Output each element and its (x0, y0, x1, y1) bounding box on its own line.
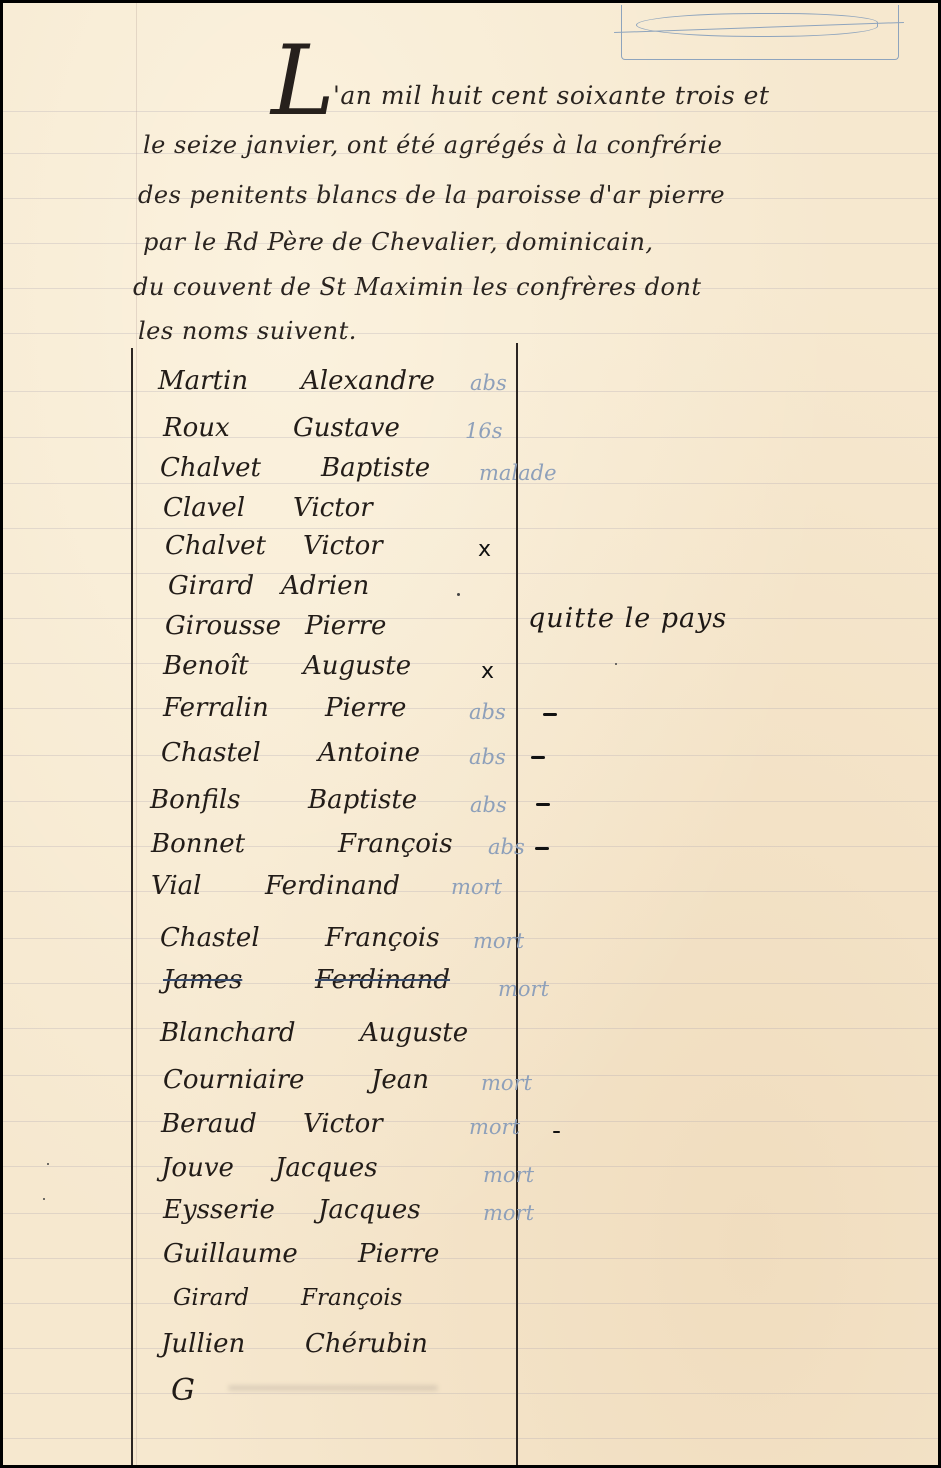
ink-dash-mark (553, 1131, 560, 1133)
surname: Blanchard (160, 1018, 296, 1048)
pencil-sketch-box (621, 5, 899, 60)
pencil-note: mort (498, 977, 549, 1001)
pencil-note: mort (451, 875, 502, 899)
surname: Chalvet (160, 453, 261, 483)
register-row: Eysserie Jacques mort (3, 1195, 938, 1245)
register-row: Vial Ferdinand mort (3, 871, 938, 921)
header-line-6: les noms suivent. (138, 317, 357, 345)
register-row: Courniaire Jean mort (3, 1065, 938, 1115)
surname: Ferralin (163, 693, 269, 723)
pencil-note: mort (473, 929, 524, 953)
pencil-note: mort (483, 1163, 534, 1187)
header-line-5: du couvent de St Maximin les confrères d… (133, 273, 702, 301)
given-name: Antoine (318, 738, 420, 768)
surname: Guillaume (163, 1239, 298, 1269)
pencil-note: abs (488, 835, 525, 859)
pencil-note: abs (470, 793, 507, 817)
register-row: Girard François (3, 1285, 938, 1335)
ink-dash-mark (531, 756, 545, 759)
given-name: François (338, 829, 453, 859)
given-name: Pierre (358, 1239, 439, 1269)
pencil-note: mort (483, 1201, 534, 1225)
surname: G (171, 1373, 195, 1408)
surname-struck: James (163, 965, 242, 995)
given-name: Pierre (325, 693, 406, 723)
surname: Jouve (161, 1153, 234, 1183)
given-name: Jacques (275, 1153, 378, 1183)
ink-dash-mark (536, 803, 550, 806)
given-name: François (301, 1285, 402, 1311)
ink-dash-mark (543, 713, 557, 716)
ink-dash-mark (535, 847, 549, 850)
given-name-struck: Ferdinand (315, 965, 450, 995)
pencil-note: mort (481, 1071, 532, 1095)
given-name: Baptiste (321, 453, 430, 483)
ink-cross-mark: x (478, 537, 491, 562)
surname: Beraud (161, 1109, 257, 1139)
register-row: Blanchard Auguste (3, 1018, 938, 1068)
surname: Courniaire (163, 1065, 304, 1095)
given-name: Victor (303, 531, 383, 561)
surname: Girard (168, 571, 254, 601)
header-line-3: des penitents blancs de la paroisse d'ar… (138, 181, 725, 209)
surname: Vial (151, 871, 201, 901)
given-name: Ferdinand (265, 871, 400, 901)
pencil-note: abs (469, 700, 506, 724)
pencil-note: abs (470, 371, 507, 395)
header-line-1: 'an mil huit cent soixante trois et (333, 81, 769, 110)
surname: Girard (173, 1285, 249, 1311)
surname: Chalvet (165, 531, 266, 561)
pencil-note: malade (479, 461, 557, 485)
surname: Jullien (161, 1329, 245, 1359)
pencil-note: abs (469, 745, 506, 769)
given-name: Alexandre (301, 366, 435, 396)
given-name: Jean (371, 1065, 429, 1095)
surname: Eysserie (163, 1195, 275, 1225)
surname: Bonnet (151, 829, 245, 859)
given-name: Victor (303, 1109, 383, 1139)
ink-cross-mark: x (481, 659, 494, 684)
header-line-2: le seize janvier, ont été agrégés à la c… (143, 131, 722, 159)
given-name: Gustave (293, 413, 400, 443)
surname: Chastel (161, 738, 261, 768)
register-row: Guillaume Pierre (3, 1239, 938, 1289)
surname: Benoît (163, 651, 249, 681)
surname: Martin (158, 366, 248, 396)
side-note: quitte le pays (528, 603, 727, 634)
register-row: Chastel Antoine abs (3, 738, 938, 788)
register-row: Bonfils Baptiste abs (3, 785, 938, 835)
register-row: G (3, 1373, 938, 1423)
given-name: François (325, 923, 440, 953)
register-row: Jullien Chérubin (3, 1329, 938, 1379)
given-name: Auguste (360, 1018, 468, 1048)
surname: Girousse (165, 611, 281, 641)
given-name: Jacques (318, 1195, 421, 1225)
surname: Chastel (160, 923, 260, 953)
given-name: Adrien (281, 571, 369, 601)
surname: Bonfils (150, 785, 241, 815)
manuscript-page: L 'an mil huit cent soixante trois et le… (3, 3, 938, 1465)
surname: Clavel (163, 493, 245, 523)
header-line-4: par le Rd Père de Chevalier, dominicain, (143, 228, 654, 256)
given-name: Chérubin (305, 1329, 428, 1359)
pencil-note: 16s (465, 419, 503, 443)
given-name: Pierre (305, 611, 386, 641)
register-row: Ferralin Pierre abs (3, 693, 938, 743)
pencil-note: mort (469, 1115, 520, 1139)
faded-erasure (228, 1385, 438, 1391)
given-name: Victor (293, 493, 373, 523)
decorative-initial: L (271, 33, 335, 129)
register-row: Martin Alexandre abs (3, 366, 938, 416)
register-row: Beraud Victor mort (3, 1109, 938, 1159)
given-name: Baptiste (308, 785, 417, 815)
surname: Roux (163, 413, 230, 443)
given-name: Auguste (303, 651, 411, 681)
register-row: James Ferdinand mort (3, 965, 938, 1015)
